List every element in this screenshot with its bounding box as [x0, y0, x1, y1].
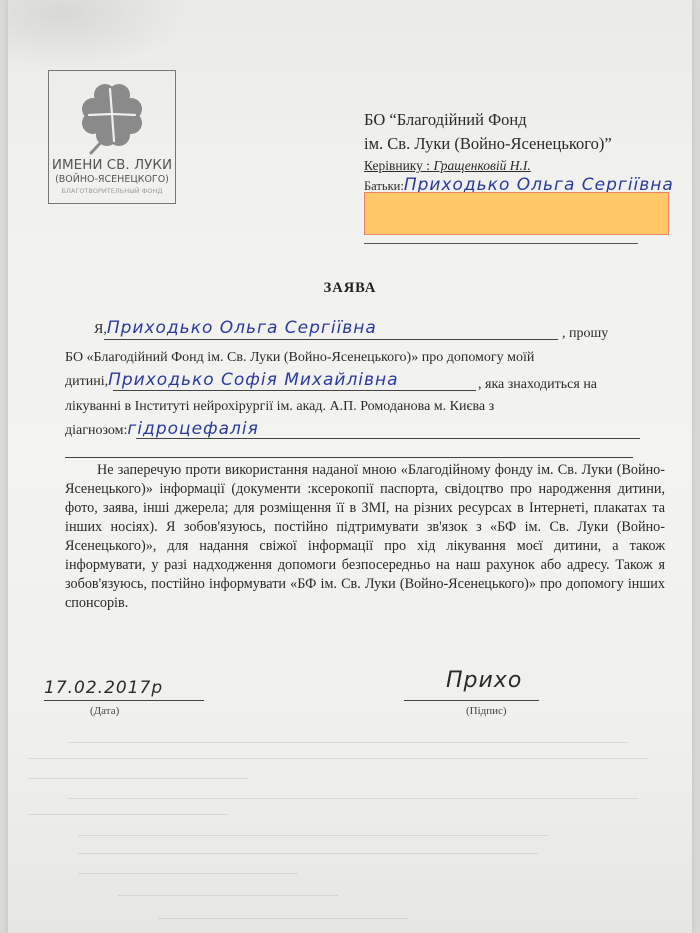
show-through-line — [78, 835, 548, 836]
signature-line — [404, 700, 539, 701]
diagnosis-line: діагнозом:гідроцефалія — [65, 419, 259, 439]
logo-text-line3: БЛАГОТВОРИТЕЛЬНЫЙ ФОНД — [49, 187, 175, 195]
date-line — [44, 700, 204, 701]
head-label: Керівнику : — [364, 158, 430, 173]
addressee-head: Керівнику : Гращенковій Н.І. — [364, 156, 674, 176]
diagnosis-extra-line — [65, 457, 633, 458]
show-through-line — [118, 895, 338, 896]
child-fill-line — [113, 390, 476, 391]
show-through-line — [158, 918, 408, 919]
show-through-line — [68, 742, 628, 743]
diagnosis-label: діагнозом: — [65, 423, 127, 438]
signature-handwritten: Прихо — [446, 668, 522, 693]
parents-label: Батьки: — [364, 179, 404, 193]
body-line2: БО «Благодійний Фонд ім. Св. Луки (Войно… — [65, 350, 534, 366]
addressee-line1: БО “Благодійний Фонд — [364, 108, 674, 132]
head-name: Гращенковій Н.І. — [433, 158, 530, 173]
applicant-line: Я,Приходько Ольга Сергіївна — [94, 318, 377, 338]
show-through-line — [68, 798, 638, 799]
show-through-line — [28, 814, 228, 815]
signature-caption: (Підпис) — [466, 705, 507, 717]
applicant-handwritten-name: Приходько Ольга Сергіївна — [107, 318, 377, 338]
child-suffix: , яка знаходиться на — [478, 377, 597, 393]
show-through-line — [78, 873, 298, 874]
redaction-box — [364, 192, 669, 235]
consent-paragraph: Не заперечую проти використання наданої … — [65, 461, 665, 613]
diagnosis-fill-line — [136, 438, 640, 439]
date-handwritten: 17.02.2017р — [44, 678, 163, 698]
body-line4: лікуванні в Інституті нейрохірургії ім. … — [65, 399, 494, 415]
addressee-rule — [364, 243, 638, 244]
foundation-logo-stamp: ИМЕНИ СВ. ЛУКИ (ВОЙНО-ЯСЕНЕЦКОГО) БЛАГОТ… — [48, 70, 176, 204]
child-line: дитині,Приходько Софія Михайлівна — [65, 370, 399, 390]
logo-text-line2: (ВОЙНО-ЯСЕНЕЦКОГО) — [49, 174, 175, 185]
show-through-line — [78, 853, 538, 854]
applicant-fill-line — [104, 339, 558, 340]
logo-text-line1: ИМЕНИ СВ. ЛУКИ — [49, 157, 175, 173]
date-caption: (Дата) — [90, 705, 119, 717]
show-through-line — [28, 778, 248, 779]
show-through-line — [28, 758, 648, 759]
request-suffix: , прошу — [562, 326, 608, 342]
document-page: ИМЕНИ СВ. ЛУКИ (ВОЙНО-ЯСЕНЕЦКОГО) БЛАГОТ… — [8, 0, 692, 933]
diagnosis-handwritten-value: гідроцефалія — [127, 419, 258, 439]
child-handwritten-name: Приходько Софія Михайлівна — [108, 370, 398, 390]
four-leaf-clover-icon — [77, 79, 147, 155]
addressee-block: БО “Благодійний Фонд ім. Св. Луки (Войно… — [364, 108, 674, 195]
addressee-line2: ім. Св. Луки (Войно-Ясенецького)” — [364, 132, 674, 156]
document-title: ЗАЯВА — [8, 280, 692, 297]
child-label: дитині, — [65, 374, 108, 389]
i-label: Я, — [94, 322, 107, 337]
